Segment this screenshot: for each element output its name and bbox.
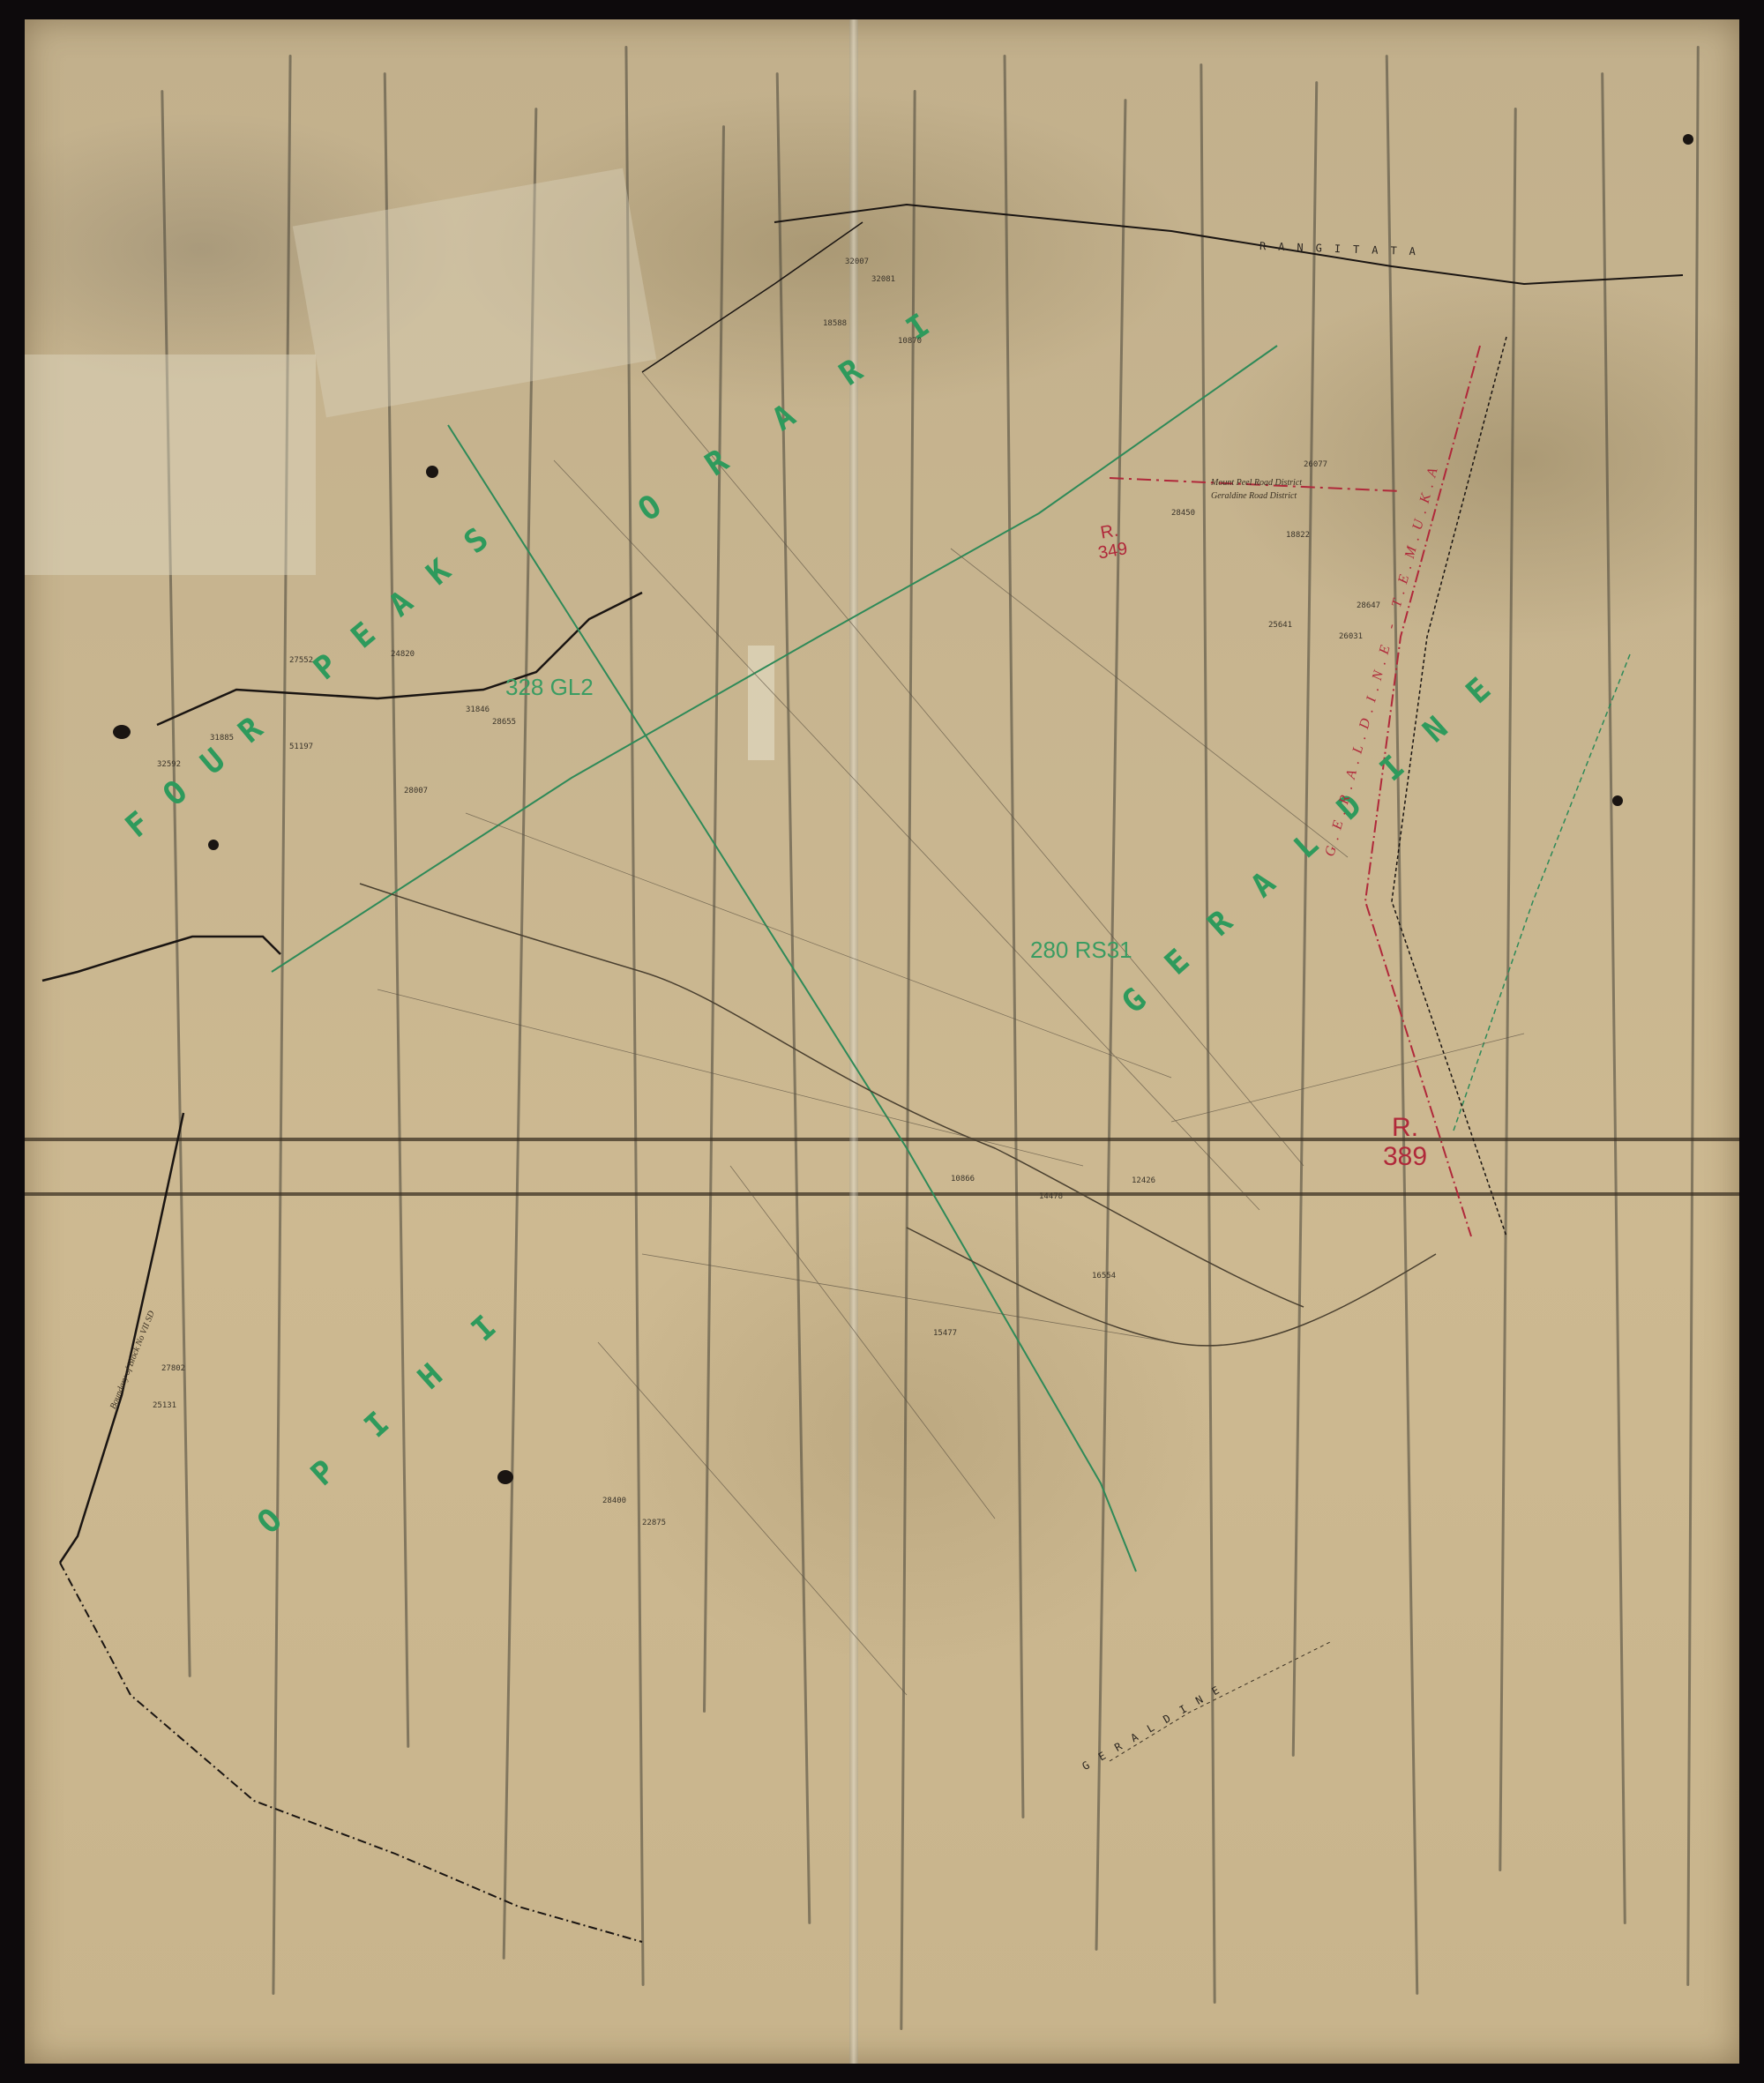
lot-number: 28655 bbox=[492, 718, 516, 727]
lot-number: 22875 bbox=[642, 1519, 666, 1527]
lot-number: 12426 bbox=[1132, 1176, 1155, 1185]
lot-number: 26031 bbox=[1339, 632, 1363, 641]
lot-number: 51197 bbox=[289, 743, 313, 751]
lot-number: 24820 bbox=[391, 650, 415, 659]
lot-number: 32592 bbox=[157, 760, 181, 769]
ink-blot bbox=[113, 725, 131, 739]
lot-number: 25131 bbox=[153, 1401, 176, 1410]
lot-number: 28400 bbox=[602, 1497, 626, 1505]
lot-number: 28450 bbox=[1171, 509, 1195, 518]
road-district-label: Geraldine Road District bbox=[1211, 491, 1297, 501]
ink-blot bbox=[1612, 795, 1623, 806]
reserve-label-r389: R. 389 bbox=[1383, 1113, 1427, 1171]
lot-number: 31885 bbox=[210, 734, 234, 743]
lot-number: 18822 bbox=[1286, 531, 1310, 540]
map-linework bbox=[25, 19, 1739, 2064]
map-sheet: FOUR PEAKS ORARI GERALDINE OPIHI RANGITA… bbox=[25, 19, 1739, 2064]
lot-number: 16554 bbox=[1092, 1272, 1116, 1280]
road-district-label: Mount Peel Road District bbox=[1211, 478, 1302, 488]
ink-blot bbox=[1683, 134, 1693, 145]
ink-blot bbox=[497, 1470, 513, 1484]
lot-number: 28007 bbox=[404, 787, 428, 795]
lot-number: 10866 bbox=[951, 1175, 975, 1183]
lot-number: 32007 bbox=[845, 258, 869, 266]
green-lot-label: 280 RS31 bbox=[1030, 937, 1132, 964]
lot-number: 14478 bbox=[1039, 1192, 1063, 1201]
lot-number: 26077 bbox=[1304, 460, 1327, 469]
lot-number: 10870 bbox=[898, 337, 922, 346]
lot-number: 32081 bbox=[871, 275, 895, 284]
lot-number: 27552 bbox=[289, 656, 313, 665]
ink-blot bbox=[426, 466, 438, 478]
lot-number: 25641 bbox=[1268, 621, 1292, 630]
ink-blot bbox=[208, 840, 219, 850]
green-lot-label: 328 GL2 bbox=[505, 674, 594, 701]
lot-number: 28647 bbox=[1357, 601, 1380, 610]
lot-number: 18588 bbox=[823, 319, 847, 328]
lot-number: 27802 bbox=[161, 1364, 185, 1373]
lot-number: 31846 bbox=[466, 706, 490, 714]
lot-number: 15477 bbox=[933, 1329, 957, 1338]
